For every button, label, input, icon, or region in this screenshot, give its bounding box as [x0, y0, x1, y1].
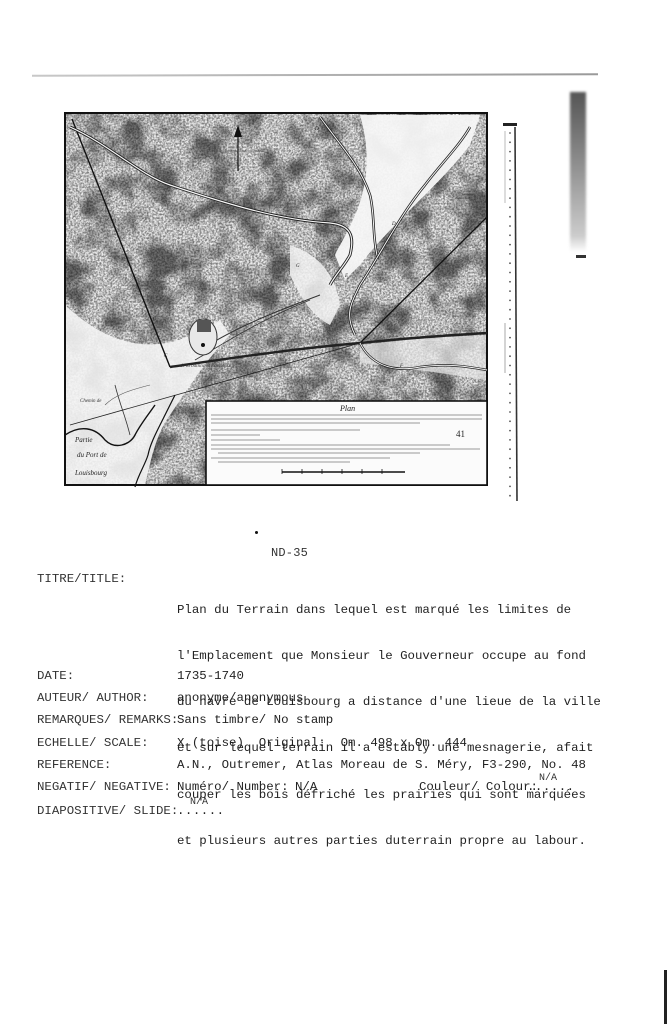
field-date-value: 1735-1740	[177, 669, 244, 684]
field-reference-label: REFERENCE:	[37, 758, 111, 773]
field-negative-colour-label: Couleur/ Colour:	[419, 780, 538, 795]
historic-map-image: DDD GEE CCF Chemin de de la ballinc et L…	[60, 105, 500, 490]
field-negative-label: NEGATIF/ NEGATIVE:	[37, 780, 171, 795]
inset-label-line-2: du Port de	[77, 451, 107, 459]
svg-text:E: E	[344, 274, 348, 279]
field-negative-colour-value: N/A	[539, 771, 557, 786]
svg-text:de la ballinc et Louisbourg: de la ballinc et Louisbourg	[180, 364, 234, 369]
title-line: et plusieurs autres parties duterrain pr…	[177, 834, 601, 849]
svg-text:Chemin de: Chemin de	[80, 399, 102, 404]
field-slide-value: N/A	[190, 795, 208, 810]
field-date-label: DATE:	[37, 669, 74, 684]
field-author-value: anonyme/anonymous	[177, 691, 303, 706]
svg-text:D: D	[314, 127, 319, 132]
page-edge-shadow	[570, 92, 586, 252]
svg-text:D: D	[465, 152, 470, 157]
field-negative-number-value: N/A	[295, 780, 317, 795]
title-line: Plan du Terrain dans lequel est marqué l…	[177, 603, 601, 618]
document-id: ND-35	[271, 546, 308, 560]
field-scale-value: X (toise) Original: Om. 498 x Om. 444	[177, 736, 467, 751]
field-reference-value: A.N., Outremer, Atlas Moreau de S. Méry,…	[177, 758, 586, 773]
legend-heading: Plan	[339, 404, 355, 413]
title-line: l'Emplacement que Monsieur le Gouverneur…	[177, 649, 601, 664]
stray-dot	[255, 531, 258, 534]
legend-page-number: 41	[456, 429, 465, 439]
inset-label-line-1: Partie	[74, 436, 93, 444]
field-slide-label: DIAPOSITIVE/ SLIDE:	[37, 804, 178, 819]
field-title-label: TITRE/TITLE:	[37, 572, 126, 587]
field-author-label: AUTEUR/ AUTHOR:	[37, 691, 149, 706]
measuring-ruler	[502, 123, 528, 503]
scan-edge-mark	[664, 970, 667, 1024]
field-remarks-value: Sans timbre/ No stamp	[177, 713, 333, 728]
field-negative-number-label: Numéro/ Number:	[177, 780, 289, 795]
field-remarks-label: REMARQUES/ REMARKS:	[37, 713, 178, 728]
top-divider-line	[32, 73, 598, 76]
field-scale-label: ECHELLE/ SCALE:	[37, 736, 149, 751]
edge-mark	[576, 255, 586, 258]
svg-text:D: D	[391, 222, 396, 227]
inset-label-line-3: Louisbourg	[74, 469, 108, 477]
svg-text:G: G	[296, 264, 300, 269]
svg-text:E: E	[259, 324, 263, 329]
